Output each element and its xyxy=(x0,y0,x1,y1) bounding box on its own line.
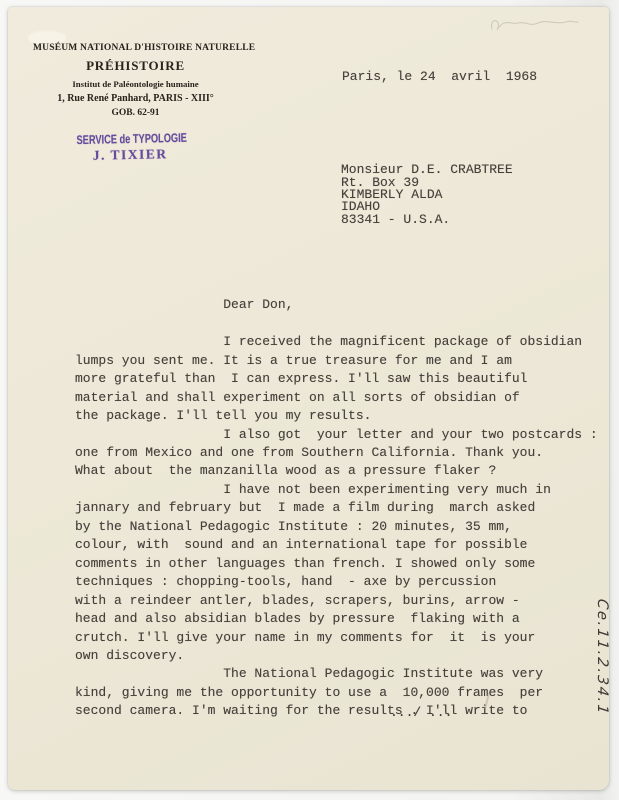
letter-body-line: one from Mexico and one from Southern Ca… xyxy=(75,444,598,462)
letterhead-phone-line: GOB. 62-91 xyxy=(33,108,238,118)
pencil-scribble xyxy=(486,11,581,41)
letter-body-line: comments in other languages than french.… xyxy=(75,555,598,573)
letter-body-line: own discovery. xyxy=(75,647,598,665)
date-line: Paris, le 24 avril 1968 xyxy=(342,69,537,84)
continuation-mark: .../ ... xyxy=(390,705,452,720)
archive-code-annotation: Ce.11.2.34.1 xyxy=(590,566,610,748)
letter-body: Dear Don, I received the magnificent pac… xyxy=(75,241,598,721)
typology-ink-stamp: SERVICE de TYPOLOGIE J. TIXIER xyxy=(58,130,203,164)
letter-body-line: I also got your letter and your two post… xyxy=(75,426,598,444)
letter-body-line: the package. I'll tell you my results. xyxy=(75,407,598,425)
letter-body-line: jannary and february but I made a film d… xyxy=(75,499,598,517)
letter-body-line: kind, giving me the opportunity to use a… xyxy=(75,684,598,702)
letter-body-line: colour, with sound and an international … xyxy=(75,536,598,554)
letter-body-line: second camera. I'm waiting for the resul… xyxy=(75,702,598,720)
letter-body-line: more grateful than I can express. I'll s… xyxy=(75,370,598,388)
letter-body-line: lumps you sent me. It is a true treasure… xyxy=(75,352,598,370)
letter-body-line: crutch. I'll give your name in my commen… xyxy=(75,629,598,647)
letter-page: MUSÉUM NATIONAL D'HISTOIRE NATURELLE PRÉ… xyxy=(8,7,609,790)
letter-body-line: material and shall experiment on all sor… xyxy=(75,389,598,407)
letterhead-institute-line: Institut de Paléontologie humaine xyxy=(33,79,238,89)
letter-body-line: by the National Pedagogic Institute : 20… xyxy=(75,518,598,536)
scan-background: MUSÉUM NATIONAL D'HISTOIRE NATURELLE PRÉ… xyxy=(0,0,619,800)
letterhead-address-line: 1, Rue René Panhard, PARIS - XIII° xyxy=(33,93,238,104)
letter-body-line: What about the manzanilla wood as a pres… xyxy=(75,462,598,480)
letter-body-line: head and also absidian blades by pressur… xyxy=(75,610,598,628)
recipient-address: Monsieur D.E. CRABTREERt. Box 39KIMBERLY… xyxy=(341,127,513,226)
letterhead: MUSÉUM NATIONAL D'HISTOIRE NATURELLE PRÉ… xyxy=(33,43,238,118)
letter-body-line: with a reindeer antler, blades, scrapers… xyxy=(75,592,598,610)
letter-body-line: Dear Don, xyxy=(75,296,598,314)
letterhead-museum-line: MUSÉUM NATIONAL D'HISTOIRE NATURELLE xyxy=(33,43,238,53)
letter-body-line: I received the magnificent package of ob… xyxy=(75,333,598,351)
letter-body-line: techniques : chopping-tools, hand - axe … xyxy=(75,573,598,591)
letter-body-line: The National Pedagogic Institute was ver… xyxy=(75,665,598,683)
letter-body-line xyxy=(75,315,598,333)
letter-body-line: I have not been experimenting very much … xyxy=(75,481,598,499)
stamp-service-line: SERVICE de TYPOLOGIE xyxy=(76,131,183,147)
stamp-name-line: J. TIXIER xyxy=(58,145,202,164)
letterhead-department-line: PRÉHISTOIRE xyxy=(33,58,238,74)
recipient-address-line: 83341 - U.S.A. xyxy=(341,214,513,226)
